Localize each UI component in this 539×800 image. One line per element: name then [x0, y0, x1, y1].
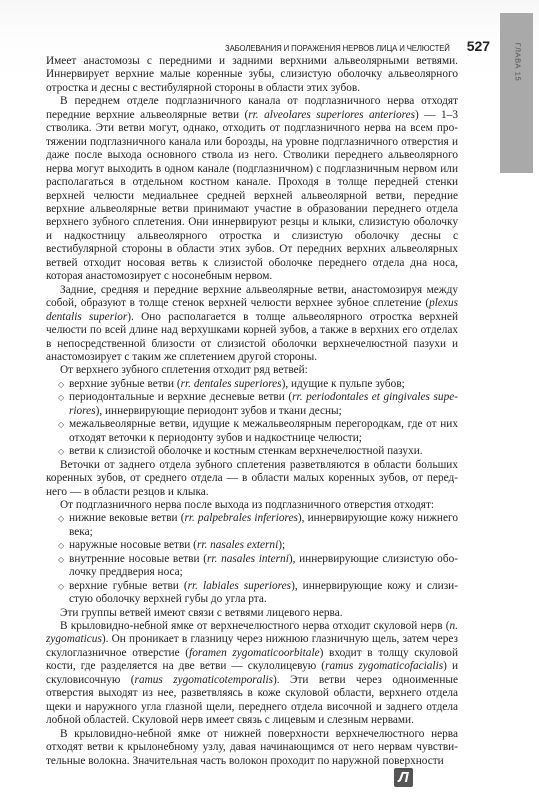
- diamond-bullet-icon: ◇: [58, 391, 64, 404]
- diamond-bullet-icon: ◇: [58, 512, 64, 525]
- latin-term: ramus zygomaticofacia­lis: [325, 660, 443, 672]
- latin-term: foramen zygomaticoorbitale: [189, 647, 320, 659]
- paragraph: Эти группы ветвей имеют связи с ветвями …: [46, 607, 458, 620]
- list-item: ◇периодонтальные и верхние десневые ветв…: [69, 391, 458, 418]
- book-page: ГЛАВА 15 ЗАБОЛЕВАНИЯ И ПОРАЖЕНИЯ НЕРВОВ …: [0, 0, 539, 800]
- running-head: ЗАБОЛЕВАНИЯ И ПОРАЖЕНИЯ НЕРВОВ ЛИЦА И ЧЕ…: [225, 38, 490, 54]
- paragraph: В крыловидно-небной ямке от нижней повер…: [46, 728, 458, 768]
- latin-term: ramus zygomaticotemporalis: [135, 674, 273, 686]
- paragraph-text: В крыловидно-небной ямке от верхнечелюст…: [60, 620, 450, 632]
- diamond-bullet-icon: ◇: [58, 539, 64, 552]
- paragraph: Веточки от заднего отдела зубного сплете…: [46, 459, 458, 499]
- diamond-bullet-icon: ◇: [58, 378, 64, 391]
- list-item-text: ), иннервирующие периодонт зубов и ткани…: [96, 405, 342, 417]
- list-item-text: верхние губные ветви (: [69, 580, 188, 592]
- latin-term: rr. labiales superiores: [188, 580, 291, 592]
- list-item-text: ветви к слизистой оболочке и костным сте…: [69, 445, 423, 457]
- list-item: ◇межальвеолярные ветви, идущие к межальв…: [69, 418, 458, 445]
- list-item-text: нижние вековые ветви (: [69, 512, 184, 524]
- paragraph: Задние, средняя и передние верхние альве…: [46, 284, 458, 365]
- paragraph: Имеет анастомозы с передними и задними в…: [46, 55, 458, 95]
- list-item: ◇верхние губные ветви (rr. labiales supe…: [69, 580, 458, 607]
- paragraph: В крыловидно-небной ямке от верхнечелюст…: [46, 620, 458, 728]
- diamond-bullet-icon: ◇: [58, 445, 64, 458]
- list-item-text: наружные носовые ветви (: [69, 539, 197, 551]
- body-text: Имеет анастомозы с передними и задними в…: [46, 55, 458, 768]
- list-item: ◇нижние вековые ветви (rr. palpebrales i…: [69, 512, 458, 539]
- list-item-text: внутренние носовые ветви (: [69, 553, 207, 565]
- branch-list-infraorbital: ◇нижние вековые ветви (rr. palpebrales i…: [46, 512, 458, 606]
- page-number: 527: [467, 38, 490, 54]
- list-item: ◇ветви к слизистой оболочке и костным ст…: [69, 445, 458, 458]
- litres-logo-icon: Л: [394, 768, 413, 787]
- latin-term: rr. dentales superiores: [181, 378, 282, 390]
- list-item-text: );: [278, 539, 285, 551]
- paragraph: От подглазничного нерва после выхода из …: [46, 499, 458, 512]
- chapter-tab-label: ГЛАВА 15: [514, 43, 523, 82]
- list-item: ◇верхние зубные ветви (rr. dentales supe…: [69, 378, 458, 391]
- list-item: ◇внутренние носовые ветви (rr. nasales i…: [69, 553, 458, 580]
- latin-term: rr. palpebrales inferiores: [184, 512, 297, 524]
- paragraph-text: ) — 1–3 стволика. Эти ветви могут, однак…: [46, 109, 458, 282]
- chapter-tab: [500, 13, 533, 173]
- latin-term: rr. nasales externi: [197, 539, 278, 551]
- paragraph-text: Задние, средняя и передние верхние альве…: [46, 284, 458, 309]
- paragraph-text: Имеет анастомозы с передними и задними в…: [46, 55, 458, 94]
- list-item-text: периодонтальные и верхние десневые ветви…: [69, 391, 292, 403]
- running-title: ЗАБОЛЕВАНИЯ И ПОРАЖЕНИЯ НЕРВОВ ЛИЦА И ЧЕ…: [225, 43, 450, 53]
- latin-term: rr. nasales interni: [207, 553, 289, 565]
- branch-list-dental-plexus: ◇верхние зубные ветви (rr. dentales supe…: [46, 378, 458, 459]
- list-item-text: ), идущие к пульпе зубов;: [282, 378, 405, 390]
- diamond-bullet-icon: ◇: [58, 580, 64, 593]
- latin-term: rr. alveolares superiores anteriores: [248, 109, 415, 121]
- diamond-bullet-icon: ◇: [58, 553, 64, 566]
- list-item-text: верхние зубные ветви (: [69, 378, 181, 390]
- list-item: ◇наружные носовые ветви (rr. nasales ext…: [69, 539, 458, 552]
- list-item-text: межальвеолярные ветви, идущие к межальве…: [69, 418, 458, 443]
- paragraph: В переднем отделе подглазничного канала …: [46, 95, 458, 283]
- diamond-bullet-icon: ◇: [58, 418, 64, 431]
- paragraph: От верхнего зубного сплетения отходит ря…: [46, 364, 458, 377]
